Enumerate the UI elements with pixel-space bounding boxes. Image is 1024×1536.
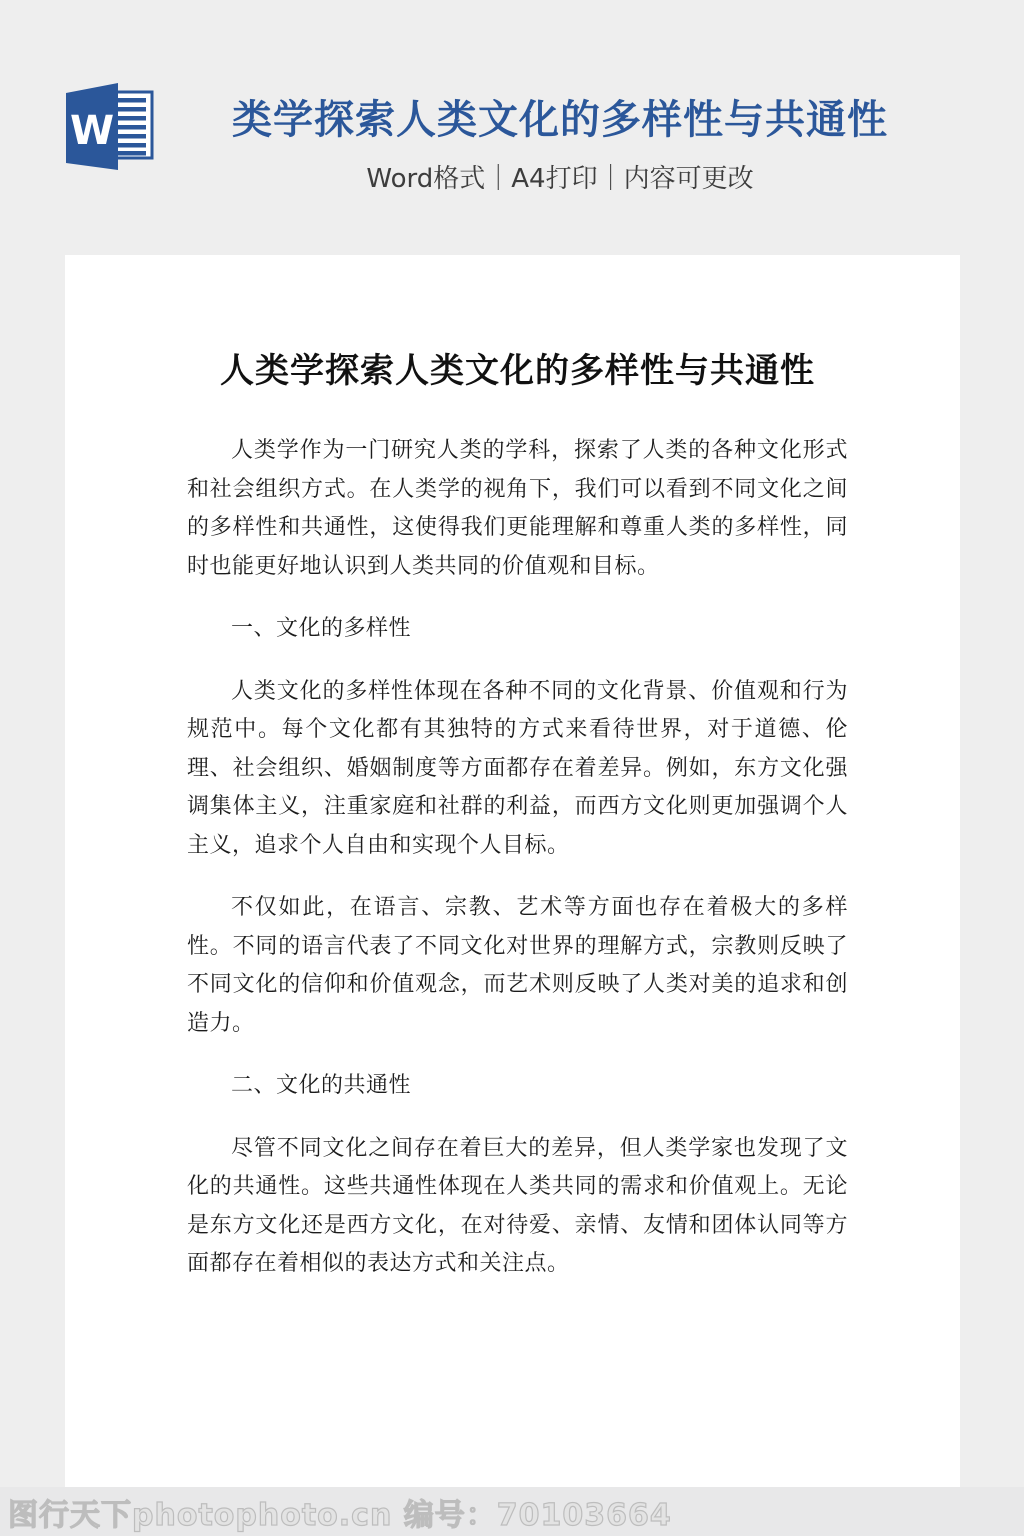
document-paragraph: 尽管不同文化之间存在着巨大的差异，但人类学家也发现了文化的共通性。这些共通性体现… [187, 1130, 848, 1284]
template-subtitle: Word格式｜A4打印｜内容可更改 [180, 158, 940, 195]
svg-text:W: W [70, 108, 114, 154]
document-paragraph: 不仅如此，在语言、宗教、艺术等方面也存在着极大的多样性。不同的语言代表了不同文化… [187, 889, 848, 1043]
document-title: 人类学探索人类文化的多样性与共通性 [187, 343, 848, 392]
document-section-heading: 一、文化的多样性 [187, 610, 848, 649]
document-paragraph: 人类学作为一门研究人类的学科，探索了人类的各种文化形式和社会组织方式。在人类学的… [187, 432, 848, 586]
document-preview-card: 人类学探索人类文化的多样性与共通性 人类学作为一门研究人类的学科，探索了人类的各… [65, 255, 960, 1487]
template-title: 类学探索人类文化的多样性与共通性 [180, 88, 940, 145]
page-header: W 类学探索人类文化的多样性与共通性 Word格式｜A4打印｜内容可更改 [0, 0, 1024, 255]
document-paragraph: 人类文化的多样性体现在各种不同的文化背景、价值观和行为规范中。每个文化都有其独特… [187, 673, 848, 866]
watermark-text: 图行天下photophoto.cn 编号：70103664 [0, 1490, 672, 1534]
document-section-heading: 二、文化的共通性 [187, 1067, 848, 1106]
word-logo-icon: W [66, 83, 156, 171]
header-text-block: 类学探索人类文化的多样性与共通性 Word格式｜A4打印｜内容可更改 [180, 0, 940, 195]
watermark-bar: 图行天下photophoto.cn 编号：70103664 [0, 1487, 1024, 1536]
document-body: 人类学探索人类文化的多样性与共通性 人类学作为一门研究人类的学科，探索了人类的各… [65, 255, 960, 1284]
